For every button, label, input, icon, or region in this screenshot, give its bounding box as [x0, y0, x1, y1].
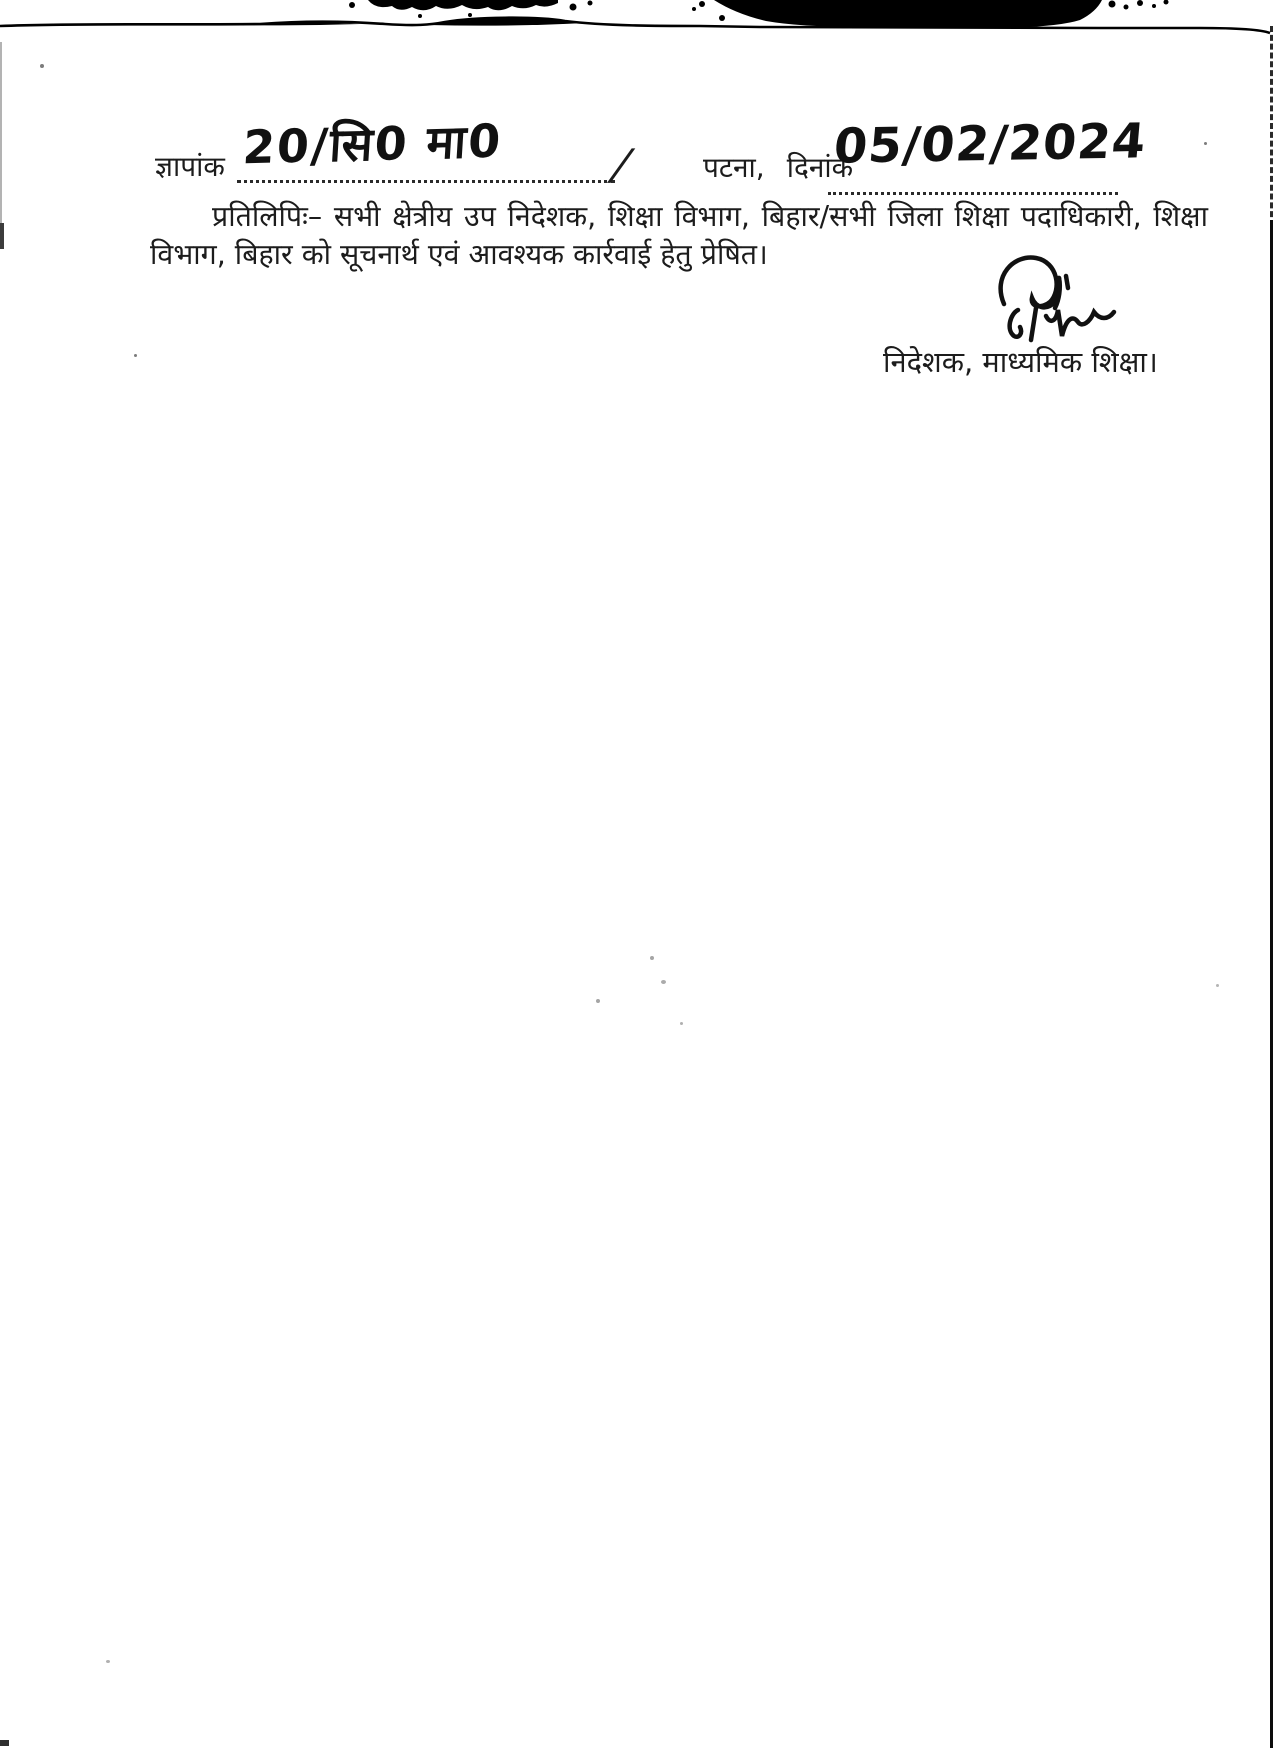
scan-speck	[1204, 142, 1207, 145]
scan-speck	[134, 354, 137, 357]
scan-artifact-bottom-left	[0, 1740, 9, 1746]
copy-to-line-1: प्रतिलिपिः– सभी क्षेत्रीय उप निदेशक, शिक…	[150, 198, 1208, 236]
scan-artifact-right-line-top	[1270, 26, 1273, 226]
scan-artifact-left-line	[0, 42, 2, 234]
signoff-designation: निदेशक, माध्यमिक शिक्षा।	[883, 342, 1158, 381]
scan-speck	[650, 956, 654, 960]
scan-speck	[1216, 984, 1219, 987]
scan-speck	[40, 64, 44, 68]
scan-speck	[661, 980, 666, 984]
place-label: पटना,	[703, 148, 765, 186]
memo-number-handwritten: 20/सि0 मा0	[241, 109, 504, 178]
scan-speck	[106, 1660, 110, 1663]
scan-artifact-right-line	[1270, 220, 1273, 1748]
memo-number-label: ज्ञापांक	[155, 147, 225, 185]
scan-artifact-left-dash	[0, 223, 4, 249]
scan-speck	[596, 999, 600, 1003]
scan-speck	[680, 1022, 683, 1025]
scanned-document-page: ज्ञापांक 20/सि0 मा0 / पटना, दिनांक 05/02…	[0, 0, 1275, 1748]
date-handwritten: 05/02/2024	[832, 113, 1149, 175]
scan-artifact-top-band	[0, 0, 1275, 48]
signature-handwritten	[962, 250, 1132, 346]
